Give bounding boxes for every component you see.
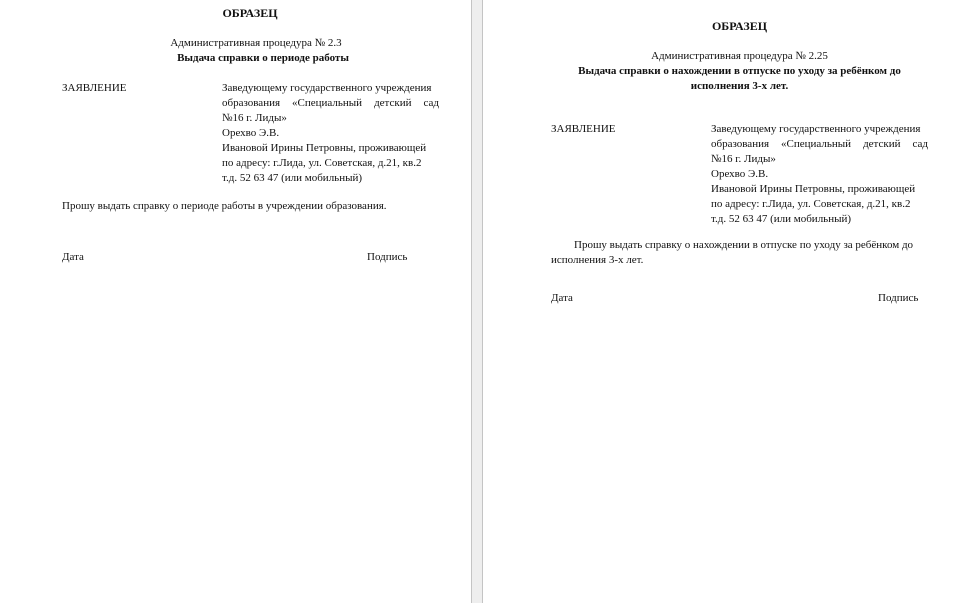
- addressee-line: Ивановой Ирины Петровны, проживающей: [711, 182, 928, 197]
- addressee-block: Заведующему государственного учреждения …: [222, 81, 439, 186]
- addressee-line: по адресу: г.Лида, ул. Советская, д.21, …: [711, 197, 928, 212]
- addressee-line: №16 г. Лиды»: [222, 111, 439, 126]
- procedure-number: Административная процедура № 2.25: [483, 49, 958, 64]
- statement-label: ЗАЯВЛЕНИЕ: [62, 81, 127, 96]
- request-text-line1: Прошу выдать справку о нахождении в отпу…: [574, 238, 913, 253]
- date-label: Дата: [551, 291, 573, 306]
- addressee-line: Заведующему государственного учреждения: [222, 81, 439, 96]
- request-text-line2: исполнения 3-х лет.: [551, 253, 643, 268]
- page-divider: [471, 0, 483, 603]
- page-heading: ОБРАЗЕЦ: [0, 6, 500, 21]
- request-text: Прошу выдать справку о периоде работы в …: [62, 199, 387, 214]
- addressee-line: образования «Специальный детский сад: [222, 96, 439, 111]
- addressee-line: т.д. 52 63 47 (или мобильный): [711, 212, 928, 227]
- procedure-subject-line1: Выдача справки о нахождении в отпуске по…: [483, 64, 958, 79]
- addressee-line: образования «Специальный детский сад: [711, 137, 928, 152]
- procedure-subject: Выдача справки о периоде работы: [0, 51, 526, 66]
- addressee-line: т.д. 52 63 47 (или мобильный): [222, 171, 439, 186]
- addressee-line: №16 г. Лиды»: [711, 152, 928, 167]
- signature-label: Подпись: [367, 250, 407, 265]
- addressee-line: Орехво Э.В.: [711, 167, 928, 182]
- procedure-number: Административная процедура № 2.3: [0, 36, 512, 51]
- page-heading: ОБРАЗЕЦ: [483, 19, 958, 34]
- procedure-subject-line2: исполнения 3-х лет.: [483, 79, 958, 94]
- document-page-right: ОБРАЗЕЦ Административная процедура № 2.2…: [483, 0, 958, 603]
- addressee-line: по адресу: г.Лида, ул. Советская, д.21, …: [222, 156, 439, 171]
- statement-label: ЗАЯВЛЕНИЕ: [551, 122, 616, 137]
- document-page-left: ОБРАЗЕЦ Административная процедура № 2.3…: [0, 0, 471, 603]
- addressee-block: Заведующему государственного учреждения …: [711, 122, 928, 227]
- addressee-line: Заведующему государственного учреждения: [711, 122, 928, 137]
- date-label: Дата: [62, 250, 84, 265]
- addressee-line: Ивановой Ирины Петровны, проживающей: [222, 141, 439, 156]
- addressee-line: Орехво Э.В.: [222, 126, 439, 141]
- signature-label: Подпись: [878, 291, 918, 306]
